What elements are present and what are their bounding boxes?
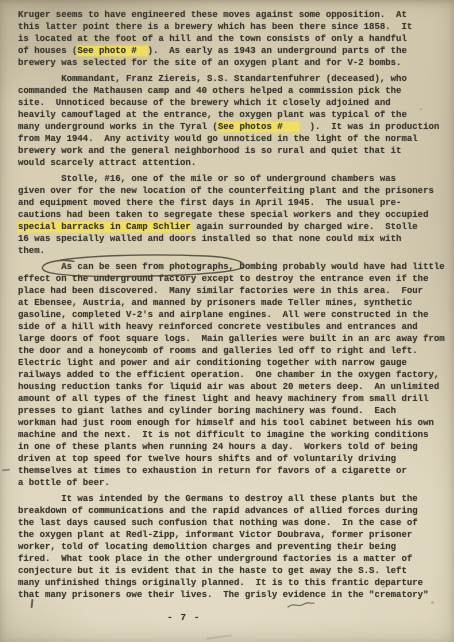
paragraph-stolle-16: Stolle, #16, one of the mile or so of un… bbox=[18, 173, 448, 257]
yellow-highlight: See photos # bbox=[218, 122, 299, 132]
paragraph-underground-factories: As can be seen from photographs, bombing… bbox=[18, 261, 448, 489]
page-number: - 7 - bbox=[167, 612, 201, 623]
paragraph-brewery-site: Kruger seems to have engineered these mo… bbox=[18, 9, 448, 69]
scan-speck bbox=[420, 108, 422, 110]
scan-artifact-line bbox=[206, 634, 232, 640]
scan-speck bbox=[382, 586, 385, 588]
scan-speck bbox=[431, 601, 434, 604]
typewritten-text: Kruger seems to have engineered these mo… bbox=[18, 9, 448, 605]
document-page: Kruger seems to have engineered these mo… bbox=[0, 0, 454, 642]
paragraph-kommandant: Kommandant, Franz Ziereis, S.S. Standart… bbox=[18, 73, 448, 169]
paragraph-demolition: It was intended by the Germans to destro… bbox=[18, 493, 448, 601]
yellow-highlight: special barracks in Camp Schlier bbox=[18, 222, 191, 232]
pencil-margin-dash bbox=[2, 469, 10, 472]
pencil-squiggle-mark bbox=[286, 600, 316, 610]
yellow-highlight: See photo # bbox=[77, 46, 147, 56]
